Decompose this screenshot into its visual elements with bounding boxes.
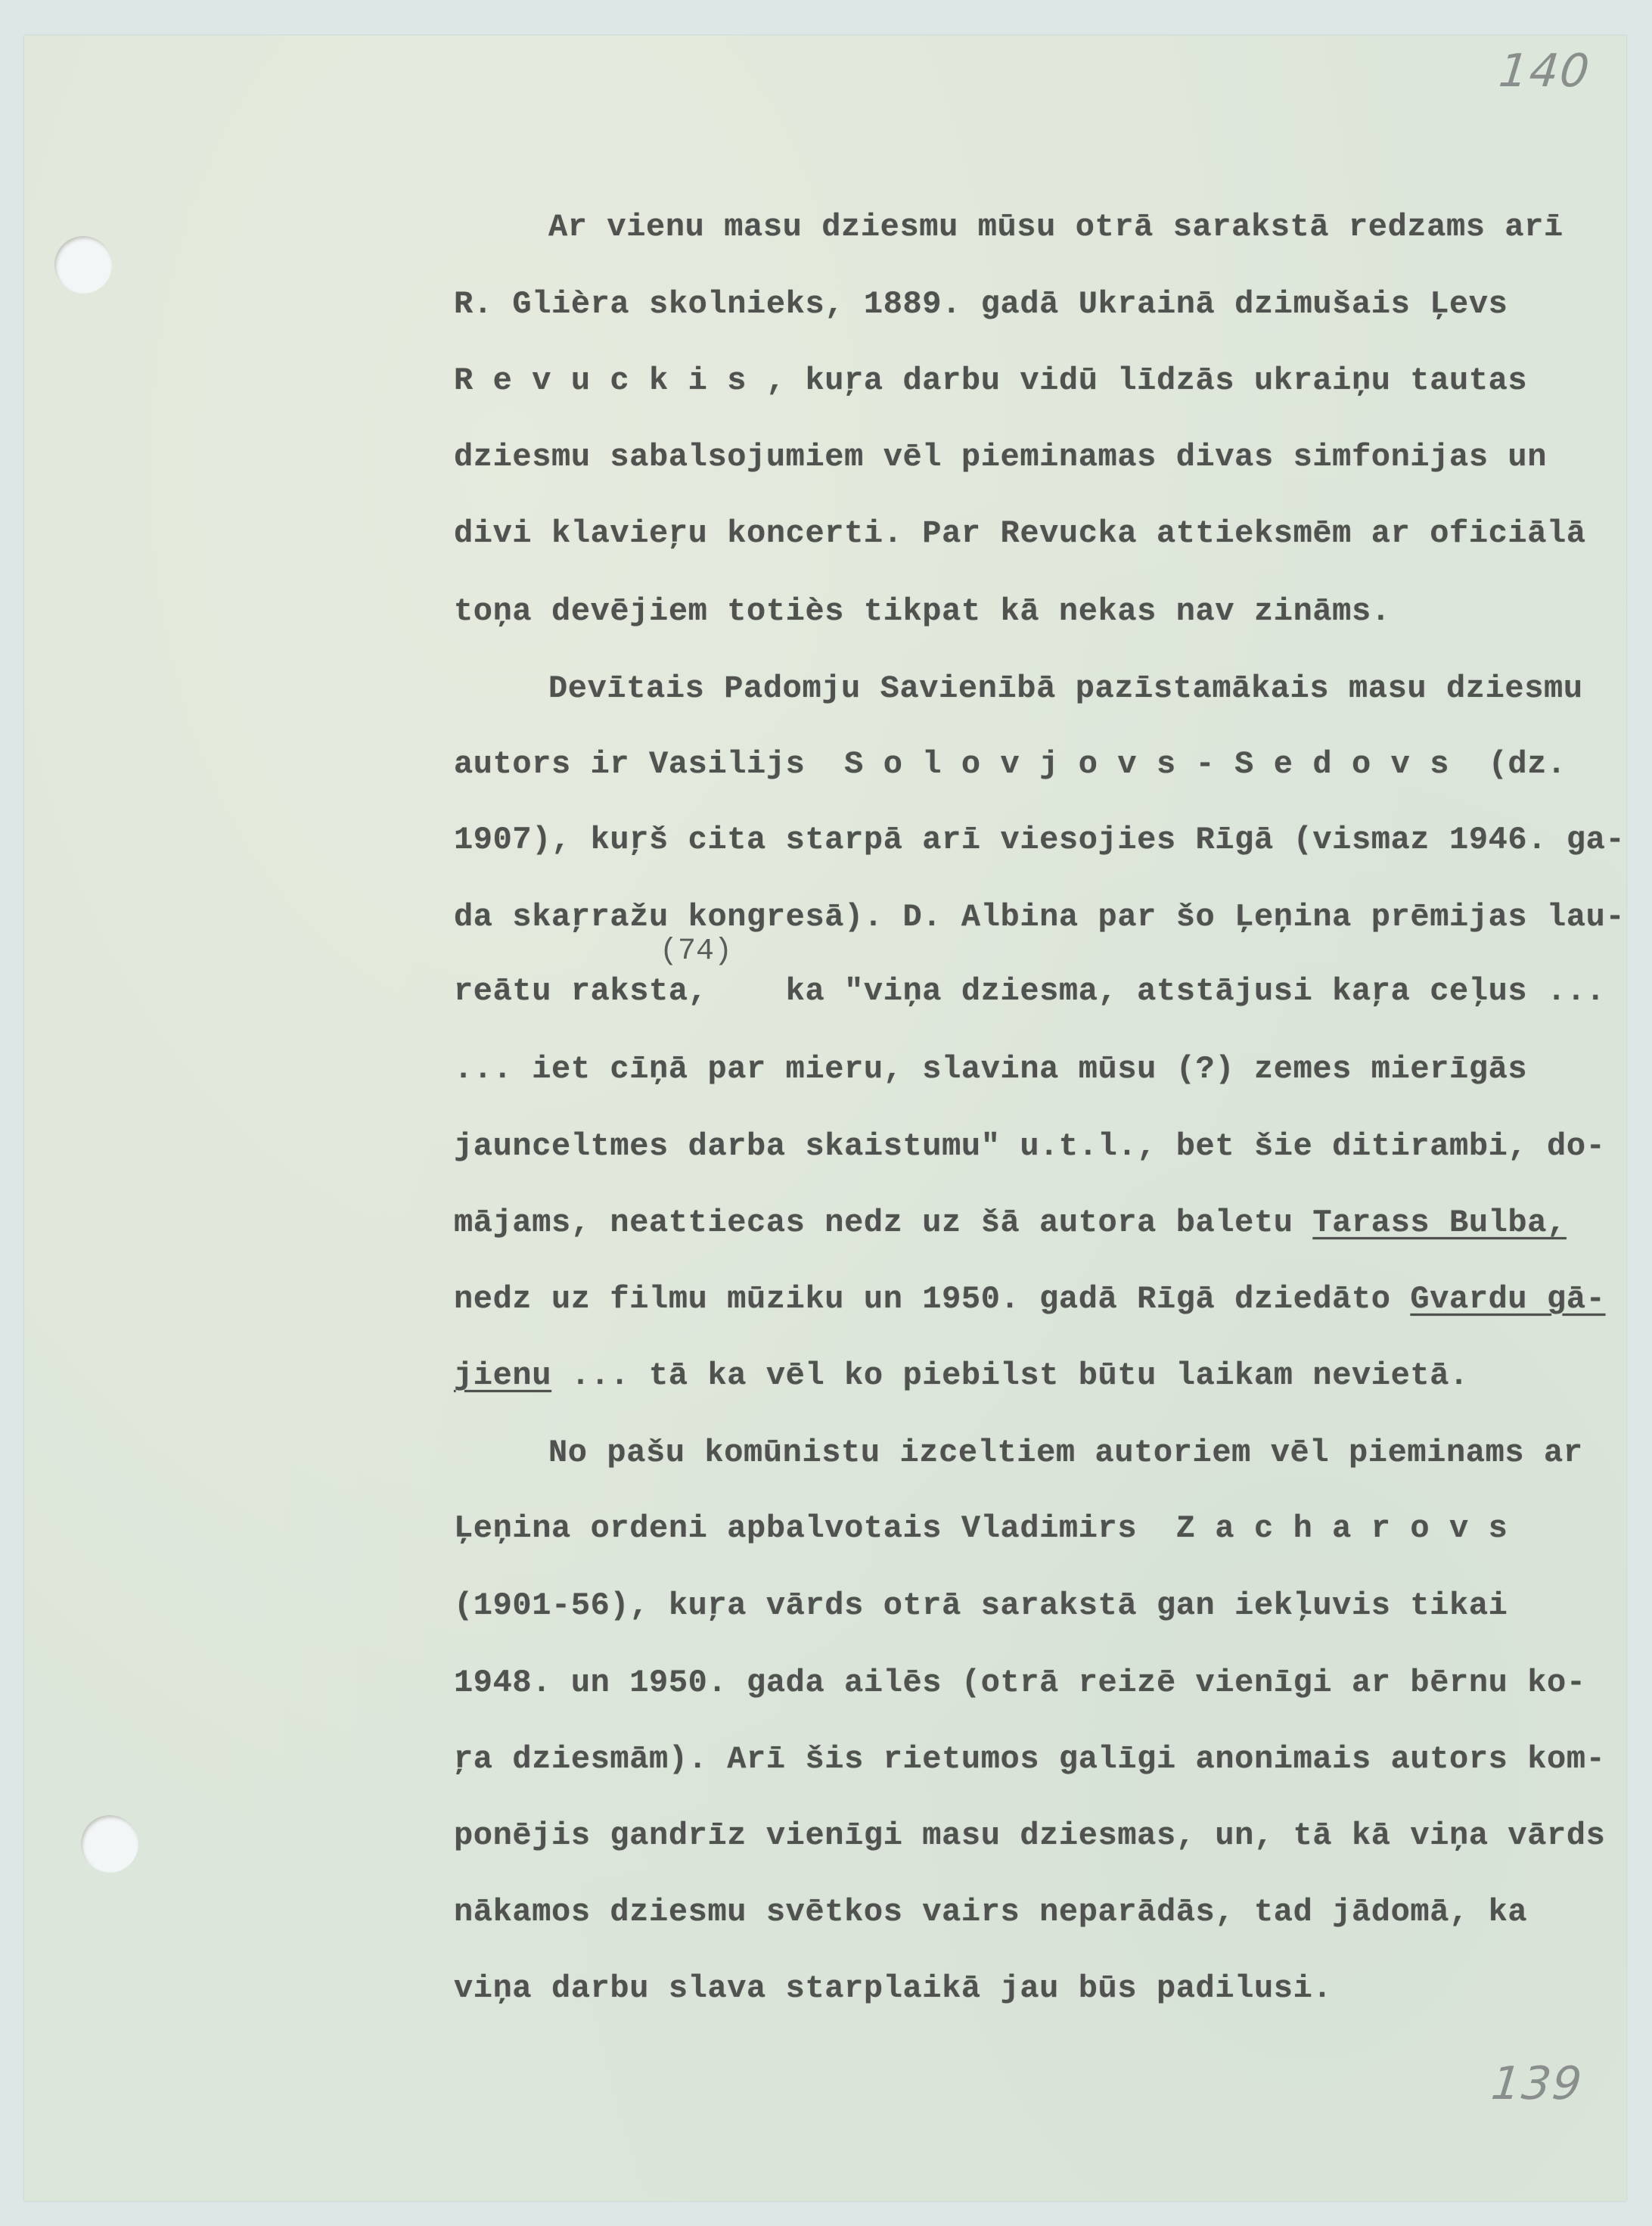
text-line: viņa darbu slava starplaikā jau būs padi… [454,1970,1332,2007]
text-line: (1901-56), kuŗa vārds otrā sarakstā gan … [454,1587,1508,1624]
text-segment: nedz uz filmu mūziku un 1950. gadā Rīgā … [454,1281,1410,1317]
text-line: jienu ... tā ka vēl ko piebilst būtu lai… [454,1357,1469,1394]
text-line: Devītais Padomju Savienībā pazīstamākais… [548,670,1583,707]
page-number-top: 140 [1496,45,1593,98]
text-segment: ... tā ka vēl ko piebilst būtu laikam ne… [551,1357,1469,1394]
text-line: 1948. un 1950. gada ailēs (otrā reizē vi… [454,1664,1586,1702]
text-line: ... iet cīņā par mieru, slavina mūsu (?)… [454,1050,1527,1088]
text-line: R e v u c k i s , kuŗa darbu vidū līdzās… [454,362,1527,399]
text-line: Ļeņina ordeni apbalvotais Vladimirs Z a … [454,1509,1508,1547]
text-line: mājams, neattiecas nedz uz šā autora bal… [454,1204,1567,1242]
text-line: No pašu komūnistu izceltiem autoriem vēl… [548,1434,1583,1472]
text-line: toņa devējiem totiès tikpat kā nekas nav… [454,592,1391,630]
text-line: 1907), kuŗš cita starpā arī viesojies Rī… [454,821,1625,859]
footnote-reference: (74) [660,934,732,968]
text-line: ponējis gandrīz vienīgi masu dziesmas, u… [454,1817,1605,1854]
text-line: autors ir Vasilijs S o l o v j o v s - S… [454,745,1567,783]
text-segment: mājams, neattiecas nedz uz šā autora bal… [454,1205,1312,1241]
text-line: reātu raksta, ka "viņa dziesma, atstājus… [454,972,1605,1010]
march-title-continued: jienu [454,1357,551,1394]
punch-hole-bottom [81,1815,138,1873]
punch-hole-top [54,236,112,294]
text-line: nedz uz filmu mūziku un 1950. gadā Rīgā … [454,1280,1605,1318]
document-page: 140 139 Ar vienu masu dziesmu mūsu otrā … [24,36,1626,2201]
text-line: jaunceltmes darba skaistumu" u.t.l., bet… [454,1127,1605,1165]
text-line: ŗa dziesmām). Arī šis rietumos galīgi an… [454,1740,1605,1778]
text-line: dziesmu sabalsojumiem vēl pieminamas div… [454,438,1547,476]
text-line: nākamos dziesmu svētkos vairs neparādās,… [454,1893,1527,1931]
page-number-bottom: 139 [1489,2057,1585,2110]
ballet-title: Tarass Bulba, [1312,1205,1566,1241]
text-line: da skaŗražu kongresā). D. Albina par šo … [454,898,1625,936]
text-line: Ar vienu masu dziesmu mūsu otrā sarakstā… [548,208,1563,246]
text-line: divi klavieŗu koncerti. Par Revucka atti… [454,515,1586,552]
march-title: Gvardu gā- [1410,1281,1605,1317]
text-line: R. Glièra skolnieks, 1889. gadā Ukrainā … [454,285,1508,323]
